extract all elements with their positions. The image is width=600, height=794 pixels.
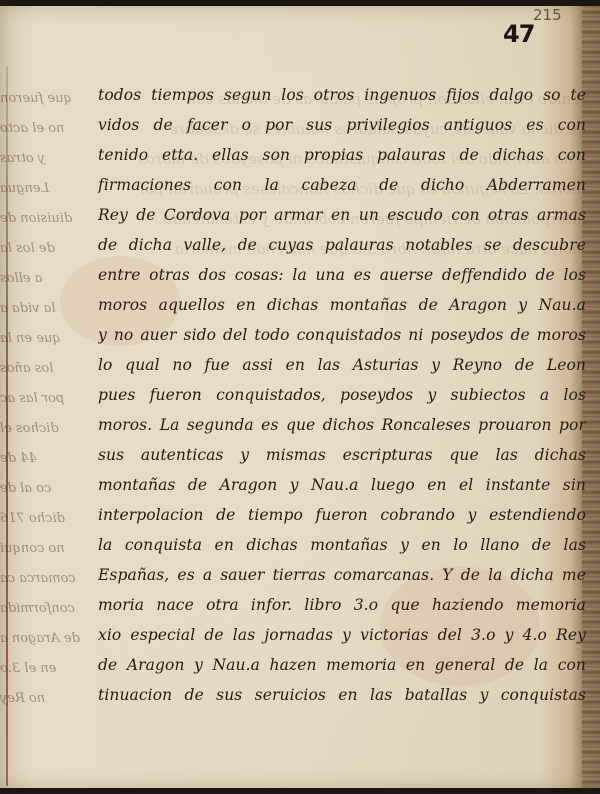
manuscript-body: todos tiempos segun los otros ingenuos f…	[98, 80, 586, 710]
folio-number-pencil: 215	[533, 6, 562, 24]
text-line: y no auer sido del todo conquistados ni …	[98, 320, 586, 350]
text-line: pues fueron conquistados, poseydos y sub…	[98, 380, 586, 410]
text-line: de Aragon y Nau.a hazen memoria en gener…	[98, 650, 586, 680]
bleed-line: la vida a	[0, 294, 100, 324]
bleed-line: y otras	[0, 144, 100, 174]
text-line: todos tiempos segun los otros ingenuos f…	[98, 80, 586, 110]
bleed-line: diuision de	[0, 204, 100, 234]
bleed-line: de Aragon a	[0, 624, 100, 654]
margin-bleedthrough: que fueron no el acto y otras Lengua diu…	[0, 84, 100, 714]
bleed-line: no Rey	[0, 684, 100, 714]
bleed-line: en el 3.o	[0, 654, 100, 684]
bleed-line: Lengua	[0, 174, 100, 204]
bleed-line: no conqui	[0, 534, 100, 564]
text-line: la conquista en dichas montañas y en lo …	[98, 530, 586, 560]
bleed-line: conformida	[0, 594, 100, 624]
text-line: entre otras dos cosas: la una es auerse …	[98, 260, 586, 290]
bleed-line: los años	[0, 354, 100, 384]
text-line: vidos de facer o por sus privilegios ant…	[98, 110, 586, 140]
text-line: Españas, es a sauer tierras comarcanas. …	[98, 560, 586, 590]
text-line: sus autenticas y mismas escripturas que …	[98, 440, 586, 470]
text-line: moros aquellos en dichas montañas de Ara…	[98, 290, 586, 320]
bleed-line: que en la	[0, 324, 100, 354]
bleed-line: 44 de	[0, 444, 100, 474]
text-line: montañas de Aragon y Nau.a luego en el i…	[98, 470, 586, 500]
text-line: moria nace otra infor. libro 3.o que haz…	[98, 590, 586, 620]
folio-number: 47	[503, 20, 534, 48]
manuscript-page: 215 47 que fueron no el acto y otras Len…	[0, 6, 600, 788]
text-line: firmaciones con la cabeza de dicho Abder…	[98, 170, 586, 200]
bleed-line: dicho 716	[0, 504, 100, 534]
text-line: de dicha valle, de cuyas palauras notabl…	[98, 230, 586, 260]
text-line: tenido etta. ellas son propias palauras …	[98, 140, 586, 170]
text-line: xio especial de las jornadas y victorias…	[98, 620, 586, 650]
bleed-line: co al de	[0, 474, 100, 504]
text-line: tinuacion de sus seruicios en las batall…	[98, 680, 586, 710]
text-line: moros. La segunda es que dichos Roncales…	[98, 410, 586, 440]
text-line: lo qual no fue assi en las Asturias y Re…	[98, 350, 586, 380]
bleed-line: a ellos	[0, 264, 100, 294]
bleed-line: por las ac	[0, 384, 100, 414]
bleed-line: no el acto	[0, 114, 100, 144]
bleed-line: que fueron	[0, 84, 100, 114]
text-line: Rey de Cordova por armar en un escudo co…	[98, 200, 586, 230]
bleed-line: dichos el	[0, 414, 100, 444]
bleed-line: comarca ca	[0, 564, 100, 594]
bleed-line: de los la	[0, 234, 100, 264]
text-line: interpolacion de tiempo fueron cobrando …	[98, 500, 586, 530]
